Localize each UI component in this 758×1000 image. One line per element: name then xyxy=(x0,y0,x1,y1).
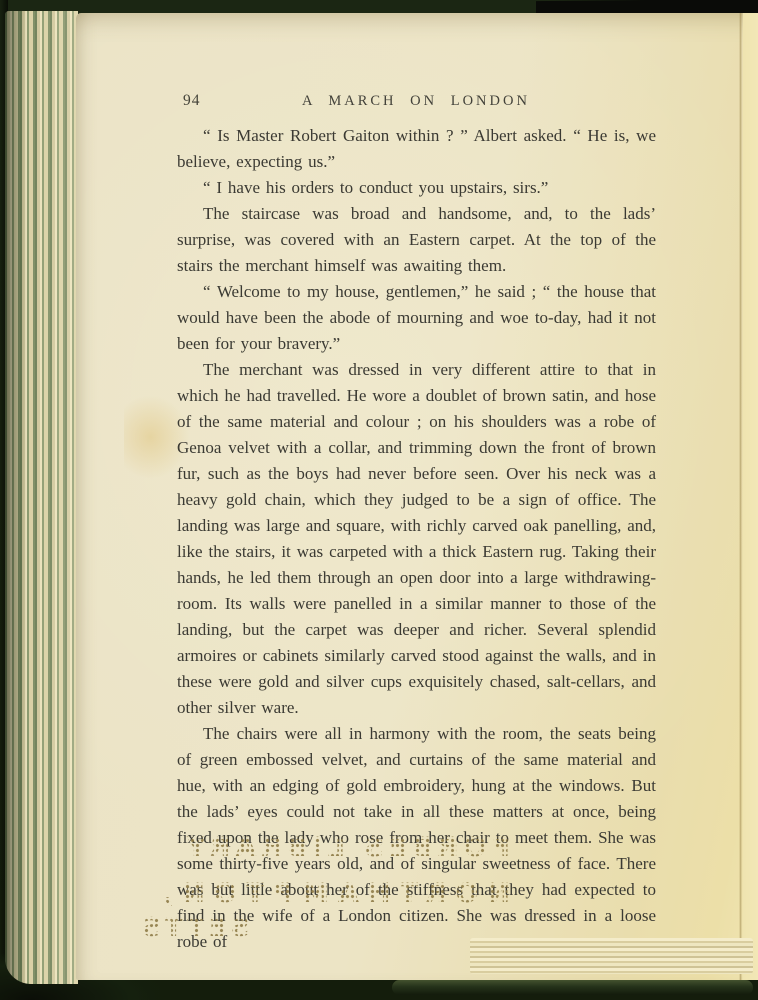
gutter-crease xyxy=(739,13,742,980)
paragraph: “ I have his orders to conduct you upsta… xyxy=(177,175,656,201)
book-photo: 94 A MARCH ON LONDON “ Is Master Robert … xyxy=(0,0,758,1000)
paragraph: “ Is Master Robert Gaiton within ? ” Alb… xyxy=(177,123,656,175)
cover-bottom-edge xyxy=(392,980,753,995)
stamp-line: FORBES LIBRARY xyxy=(182,833,510,863)
page-edges-left xyxy=(5,11,78,984)
library-perforation-stamp: FORBES LIBRARY NORTHAMPTON, SETTS xyxy=(138,833,510,943)
page-header: 94 A MARCH ON LONDON xyxy=(177,92,655,112)
facing-page-sliver xyxy=(743,13,758,980)
under-page-fore-edges xyxy=(470,938,753,974)
paragraph: The staircase was broad and handsome, an… xyxy=(177,201,656,279)
running-title: A MARCH ON LONDON xyxy=(177,93,655,110)
stamp-line: SETTS xyxy=(138,913,249,943)
paragraph: “ Welcome to my house, gentlemen,” he sa… xyxy=(177,279,656,357)
paragraph: The merchant was dressed in very differe… xyxy=(177,357,656,721)
text-block: “ Is Master Robert Gaiton within ? ” Alb… xyxy=(177,123,656,955)
stamp-line: NORTHAMPTON, xyxy=(154,879,510,909)
